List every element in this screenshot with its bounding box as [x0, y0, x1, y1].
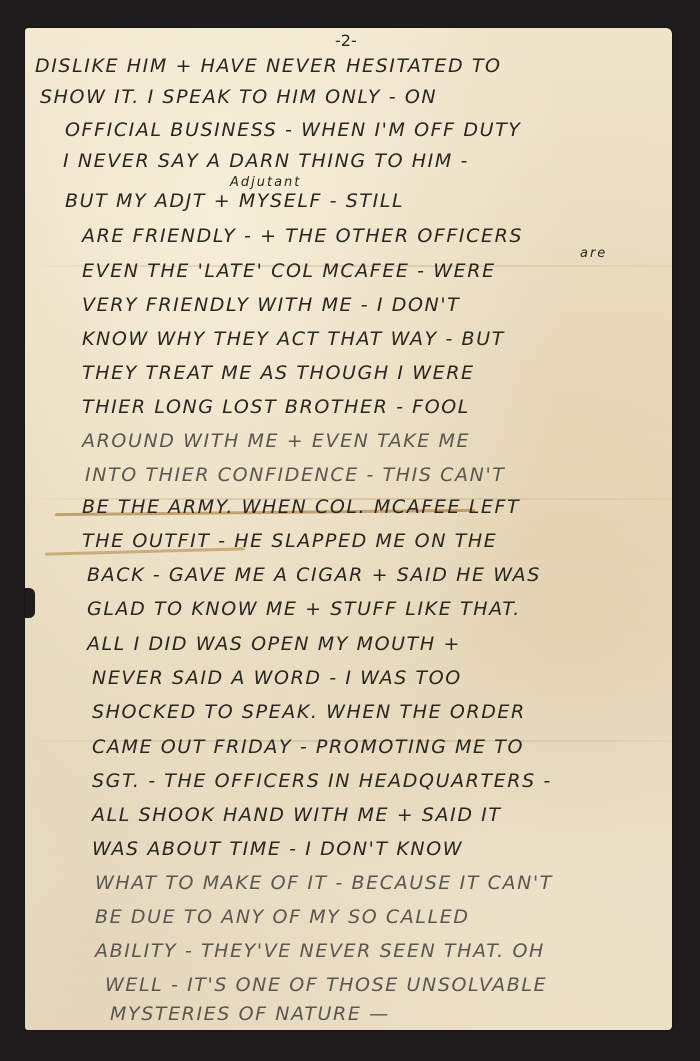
letter-line-19: never said a word - I was too [92, 667, 462, 689]
letter-line-28: well - it's one of those unsolvable [105, 974, 547, 996]
letter-line-23: all shook hand with me + said it [92, 804, 502, 826]
letter-line-24: was about time - I don't know [92, 838, 463, 860]
letter-line-26: be due to any of my so called [95, 906, 470, 928]
letter-line-16: back - gave me a cigar + said he was [87, 564, 541, 586]
letter-line-5-text: But my Adjt + myself - still [65, 190, 404, 212]
letter-line-7: even the 'late' Col McAfee - were [82, 260, 496, 282]
letter-line-17: glad to know me + stuff like that. [87, 598, 521, 620]
letter-line-25: what to make of it - because it can't [95, 872, 553, 894]
torn-edge-notch [25, 588, 35, 618]
letter-line-15: the outfit - he slapped me on the [82, 530, 497, 552]
letter-line-14: be the army. When Col. McAfee left [82, 496, 520, 518]
letter-line-9: know why they act that way - but [82, 328, 505, 350]
letter-line-8: very friendly with me - I don't [82, 294, 460, 316]
letter-line-1: Dislike him + have never hesitated to [35, 55, 502, 77]
letter-line-6: are friendly - + the other officers [82, 225, 523, 247]
scan-background: -2- Dislike him + have never hesitated t… [0, 0, 700, 1061]
letter-line-27: ability - they've never seen that. Oh [95, 940, 545, 962]
letter-line-21: came out Friday - promoting me to [92, 736, 524, 758]
letter-line-5: But my Adjt + myself - still [65, 190, 404, 212]
letter-line-11: thier long lost brother - fool [82, 396, 470, 418]
letter-line-10: they treat me as though I were [82, 362, 475, 384]
letter-line-20: shocked to speak. When the order [92, 701, 526, 723]
letter-line-2: show it. I speak to him only - on [40, 86, 437, 108]
letter-line-22: Sgt. - the officers in Headquarters - [92, 770, 552, 792]
letter-line-12: around with me + even take me [82, 430, 470, 452]
page-number: -2- [335, 31, 357, 50]
letter-line-3: official business - when I'm off duty [65, 119, 522, 141]
inserted-word-adjutant: Adjutant [230, 175, 301, 190]
letter-line-29: mysteries of nature — [110, 1003, 390, 1025]
letter-page: -2- Dislike him + have never hesitated t… [25, 28, 672, 1030]
inserted-word-are: are [580, 246, 607, 261]
letter-line-13: into thier confidence - This can't [85, 464, 505, 486]
letter-line-4: I never say a darn thing to him - [63, 150, 469, 172]
letter-line-18: All I did was open my mouth + [87, 633, 461, 655]
